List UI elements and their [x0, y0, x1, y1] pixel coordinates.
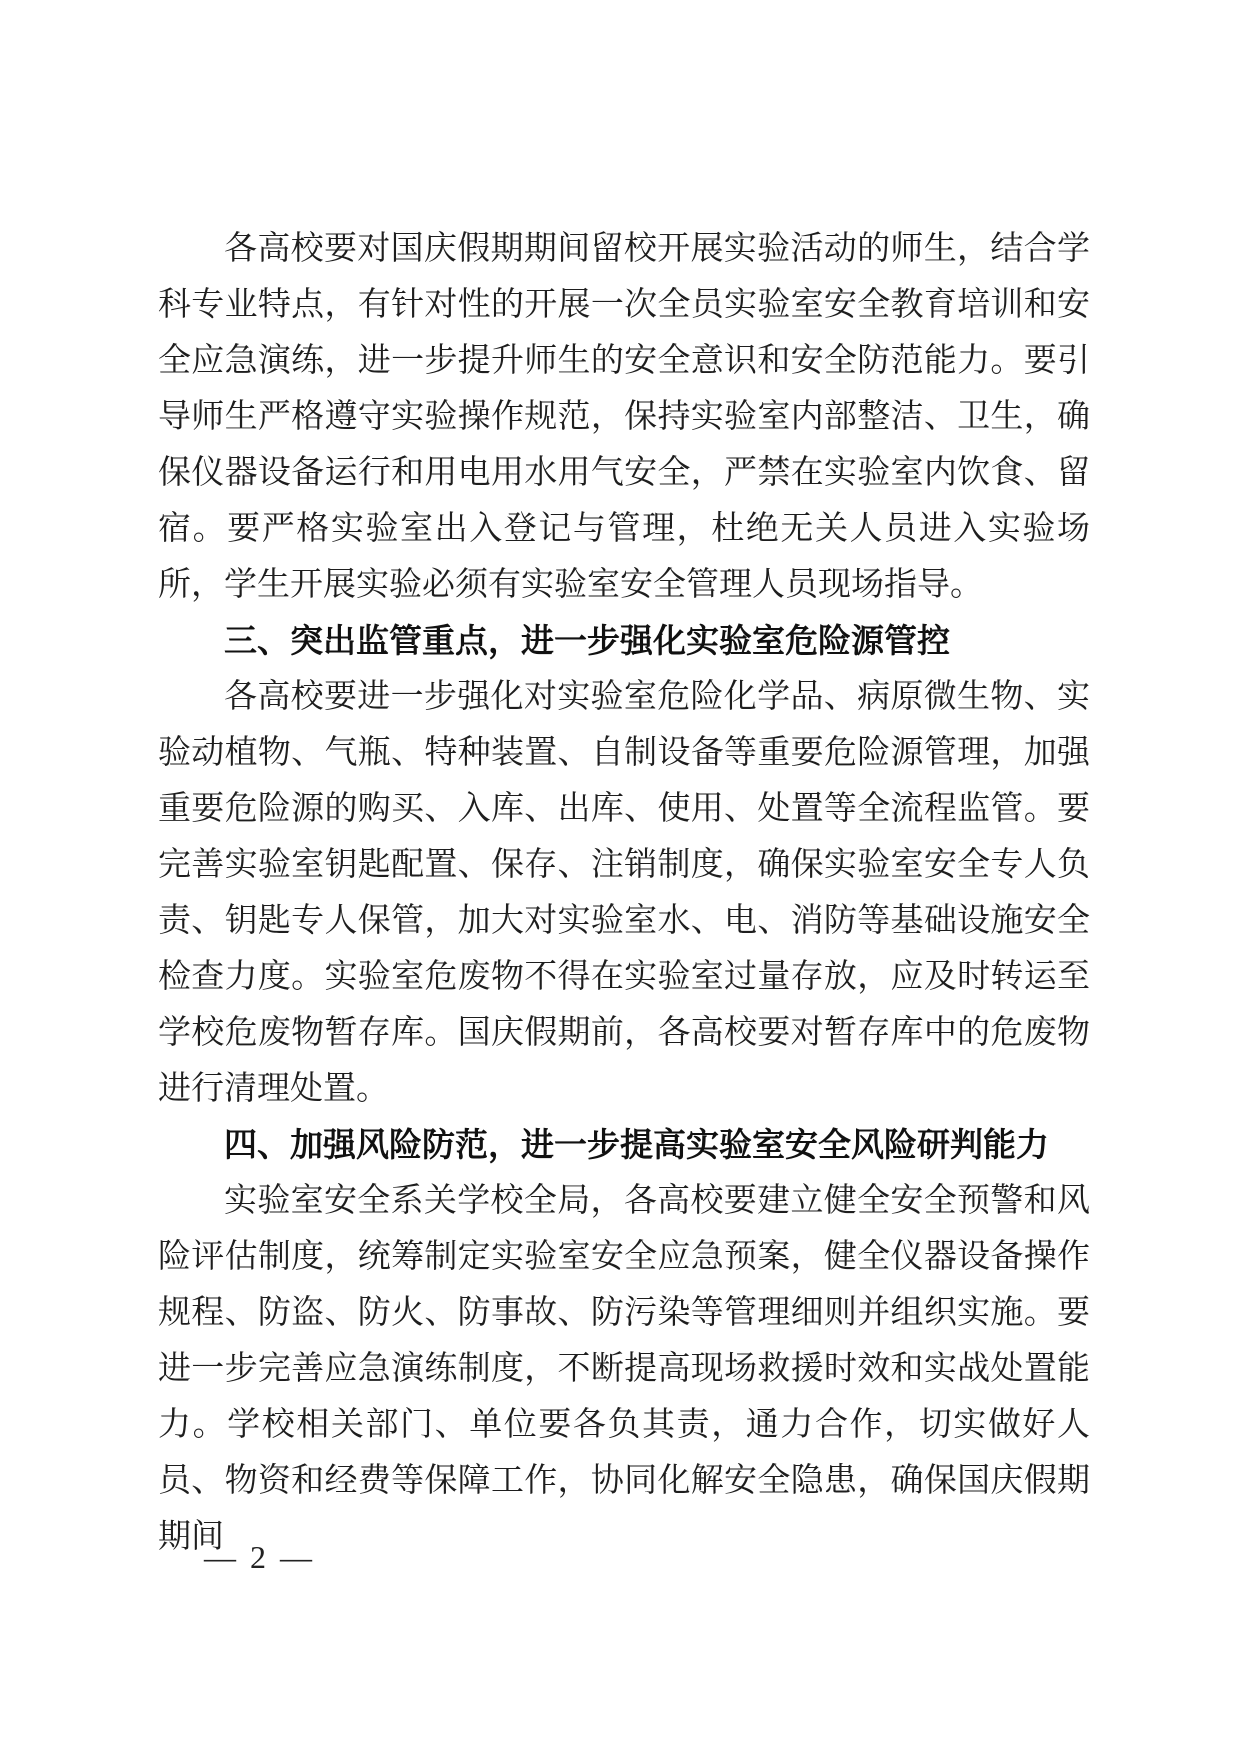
page-number: — 2 —	[204, 1539, 315, 1575]
document-page: 各高校要对国庆假期期间留校开展实验活动的师生，结合学科专业特点，有针对性的开展一…	[0, 0, 1240, 1754]
section-heading-3: 三、突出监管重点，进一步强化实验室危险源管控	[158, 613, 1090, 669]
section-heading-4: 四、加强风险防范，进一步提高实验室安全风险研判能力	[158, 1117, 1090, 1173]
paragraph-hazard-source-control: 各高校要进一步强化对实验室危险化学品、病原微生物、实验动植物、气瓶、特种装置、自…	[158, 669, 1090, 1117]
paragraph-education-training: 各高校要对国庆假期期间留校开展实验活动的师生，结合学科专业特点，有针对性的开展一…	[158, 221, 1090, 613]
paragraph-risk-assessment: 实验室安全系关学校全局，各高校要建立健全安全预警和风险评估制度，统筹制定实验室安…	[158, 1173, 1090, 1565]
page-footer: — 2 —	[204, 1537, 315, 1577]
document-body: 各高校要对国庆假期期间留校开展实验活动的师生，结合学科专业特点，有针对性的开展一…	[158, 221, 1090, 1565]
